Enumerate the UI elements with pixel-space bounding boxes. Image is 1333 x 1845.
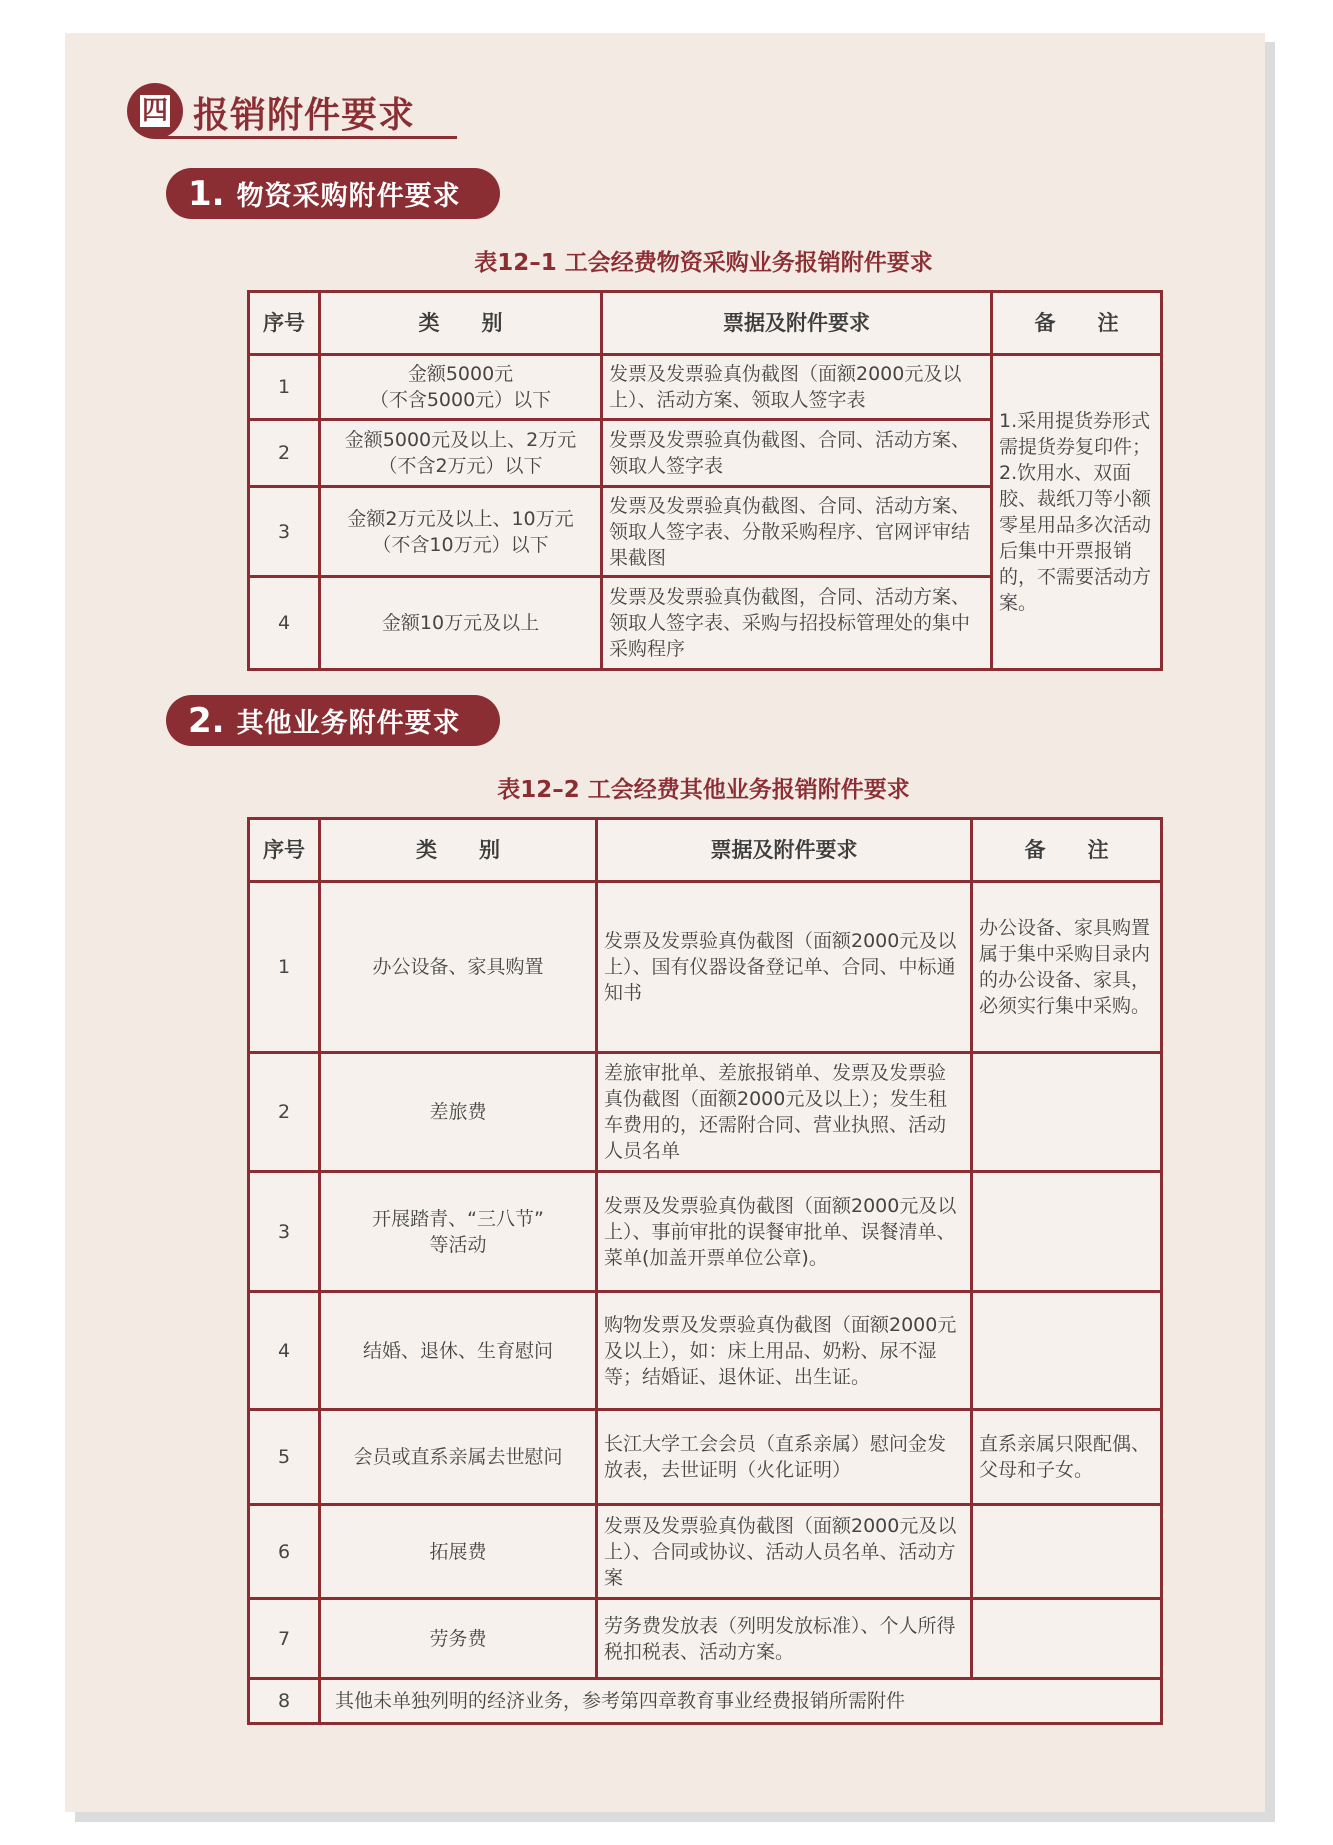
header-requirements: 票据及附件要求	[597, 819, 972, 882]
table-row: 4 结婚、退休、生育慰问 购物发票及发票验真伪截图（面额2000元及以上），如：…	[249, 1292, 1162, 1410]
section-1-title: 物资采购附件要求	[237, 174, 461, 213]
row-no: 2	[249, 1053, 320, 1172]
row-no: 2	[249, 420, 320, 487]
row-no: 7	[249, 1599, 320, 1679]
row-requirements: 购物发票及发票验真伪截图（面额2000元及以上），如：床上用品、奶粉、尿不湿等；…	[597, 1292, 972, 1410]
row-category: 结婚、退休、生育慰问	[320, 1292, 597, 1410]
row-requirements: 长江大学工会会员（直系亲属）慰问金发放表，去世证明（火化证明）	[597, 1410, 972, 1505]
row-requirements: 发票及发票验真伪截图（面额2000元及以上）、合同或协议、活动人员名单、活动方案	[597, 1505, 972, 1599]
row-remark: 1.采用提货券形式需提货券复印件； 2.饮用水、双面胶、裁纸刀等小额零星用品多次…	[992, 355, 1162, 670]
row-remark	[972, 1599, 1162, 1679]
row-no: 4	[249, 1292, 320, 1410]
section-2-heading: 2. 其他业务附件要求	[166, 695, 500, 746]
table-row: 1 办公设备、家具购置 发票及发票验真伪截图（面额2000元及以上）、国有仪器设…	[249, 882, 1162, 1053]
table-header-row: 序号 类 别 票据及附件要求 备 注	[249, 292, 1162, 355]
row-category: 金额5000元 （不含5000元）以下	[320, 355, 602, 420]
section-1-heading: 1. 物资采购附件要求	[166, 168, 500, 219]
row-remark: 办公设备、家具购置属于集中采购目录内的办公设备、家具，必须实行集中采购。	[972, 882, 1162, 1053]
row-remark	[972, 1053, 1162, 1172]
table-row: 7 劳务费 劳务费发放表（列明发放标准）、个人所得税扣税表、活动方案。	[249, 1599, 1162, 1679]
header-no: 序号	[249, 292, 320, 355]
header-category: 类 别	[320, 292, 602, 355]
table-header-row: 序号 类 别 票据及附件要求 备 注	[249, 819, 1162, 882]
section-1-number: 1.	[188, 174, 225, 214]
row-remark	[972, 1292, 1162, 1410]
chapter-number: 四	[140, 95, 170, 127]
row-category: 差旅费	[320, 1053, 597, 1172]
row-category: 金额10万元及以上	[320, 577, 602, 670]
row-other-business: 其他未单独列明的经济业务，参考第四章教育事业经费报销所需附件	[320, 1679, 1162, 1724]
section-2-number: 2.	[188, 701, 225, 741]
row-requirements: 发票及发票验真伪截图（面额2000元及以上）、活动方案、领取人签字表	[602, 355, 992, 420]
procurement-requirements-table: 序号 类 别 票据及附件要求 备 注 1 金额5000元 （不含5000元）以下…	[247, 290, 1163, 671]
row-requirements: 发票及发票验真伪截图，合同、活动方案、领取人签字表、采购与招投标管理处的集中采购…	[602, 577, 992, 670]
other-business-requirements-table: 序号 类 别 票据及附件要求 备 注 1 办公设备、家具购置 发票及发票验真伪截…	[247, 817, 1163, 1725]
row-category: 劳务费	[320, 1599, 597, 1679]
table-row: 1 金额5000元 （不含5000元）以下 发票及发票验真伪截图（面额2000元…	[249, 355, 1162, 420]
row-category: 拓展费	[320, 1505, 597, 1599]
table-row: 3 开展踏青、“三八节” 等活动 发票及发票验真伪截图（面额2000元及以上）、…	[249, 1172, 1162, 1292]
row-category: 开展踏青、“三八节” 等活动	[320, 1172, 597, 1292]
row-requirements: 发票及发票验真伪截图（面额2000元及以上）、事前审批的误餐审批单、误餐清单、菜…	[597, 1172, 972, 1292]
section-2-title: 其他业务附件要求	[237, 701, 461, 740]
row-category: 办公设备、家具购置	[320, 882, 597, 1053]
row-requirements: 差旅审批单、差旅报销单、发票及发票验真伪截图（面额2000元及以上）；发生租车费…	[597, 1053, 972, 1172]
table-1-caption: 表12–1 工会经费物资采购业务报销附件要求	[247, 244, 1160, 277]
table-row: 5 会员或直系亲属去世慰问 长江大学工会会员（直系亲属）慰问金发放表，去世证明（…	[249, 1410, 1162, 1505]
row-category: 会员或直系亲属去世慰问	[320, 1410, 597, 1505]
header-requirements: 票据及附件要求	[602, 292, 992, 355]
table-2-caption: 表12–2 工会经费其他业务报销附件要求	[247, 771, 1160, 804]
table-row: 8 其他未单独列明的经济业务，参考第四章教育事业经费报销所需附件	[249, 1679, 1162, 1724]
row-category: 金额5000元及以上、2万元 （不含2万元）以下	[320, 420, 602, 487]
table-row: 6 拓展费 发票及发票验真伪截图（面额2000元及以上）、合同或协议、活动人员名…	[249, 1505, 1162, 1599]
row-no: 6	[249, 1505, 320, 1599]
table-row: 2 差旅费 差旅审批单、差旅报销单、发票及发票验真伪截图（面额2000元及以上）…	[249, 1053, 1162, 1172]
row-requirements: 劳务费发放表（列明发放标准）、个人所得税扣税表、活动方案。	[597, 1599, 972, 1679]
row-no: 1	[249, 882, 320, 1053]
row-requirements: 发票及发票验真伪截图、合同、活动方案、领取人签字表、分散采购程序、官网评审结果截…	[602, 487, 992, 577]
row-no: 4	[249, 577, 320, 670]
row-remark	[972, 1172, 1162, 1292]
row-remark: 直系亲属只限配偶、父母和子女。	[972, 1410, 1162, 1505]
row-no: 5	[249, 1410, 320, 1505]
header-category: 类 别	[320, 819, 597, 882]
row-remark	[972, 1505, 1162, 1599]
row-category: 金额2万元及以上、10万元 （不含10万元）以下	[320, 487, 602, 577]
row-no: 8	[249, 1679, 320, 1724]
header-remark: 备 注	[992, 292, 1162, 355]
row-requirements: 发票及发票验真伪截图、合同、活动方案、领取人签字表	[602, 420, 992, 487]
row-no: 3	[249, 1172, 320, 1292]
chapter-number-badge: 四	[127, 83, 183, 139]
row-no: 1	[249, 355, 320, 420]
row-no: 3	[249, 487, 320, 577]
row-requirements: 发票及发票验真伪截图（面额2000元及以上）、国有仪器设备登记单、合同、中标通知…	[597, 882, 972, 1053]
header-no: 序号	[249, 819, 320, 882]
header-remark: 备 注	[972, 819, 1162, 882]
chapter-title: 报销附件要求	[193, 87, 415, 138]
document-page: 四 报销附件要求 1. 物资采购附件要求 表12–1 工会经费物资采购业务报销附…	[65, 33, 1265, 1812]
